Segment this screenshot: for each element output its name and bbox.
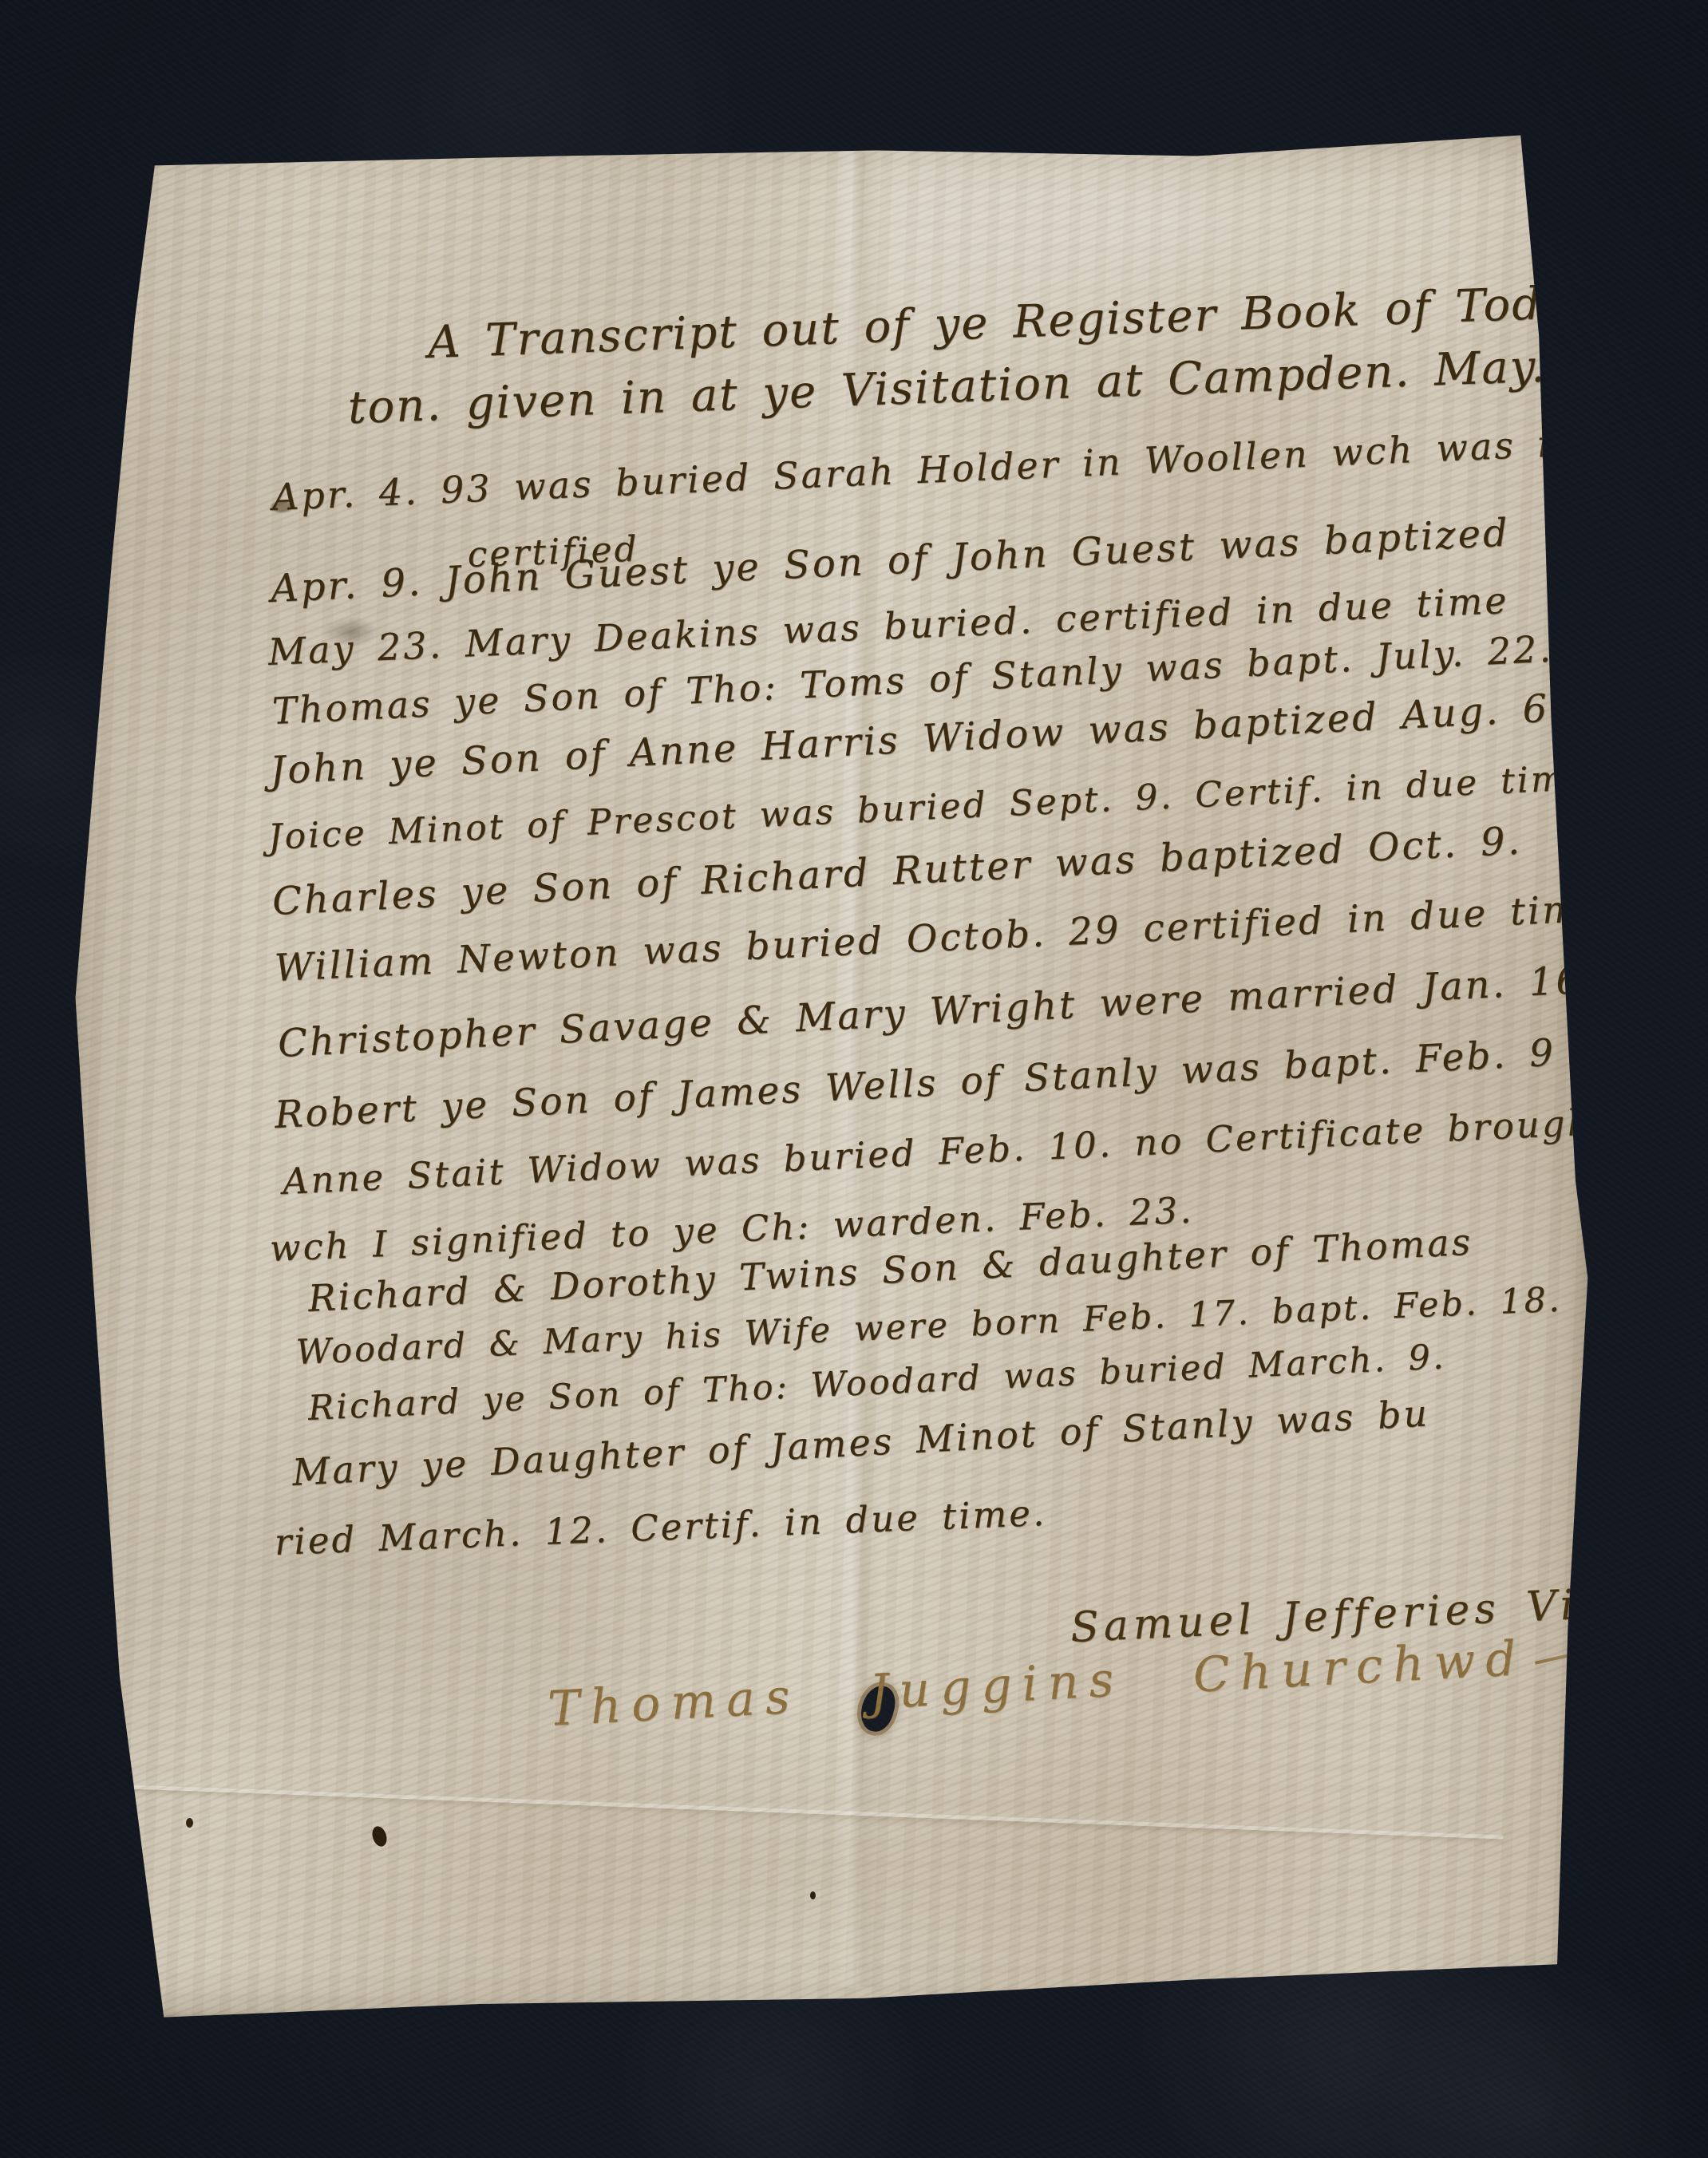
horizontal-fold-crease — [100, 1784, 1504, 1839]
register-entry-line: John ye Son of Anne Harris Widow was bap… — [269, 689, 1564, 790]
register-entry-line: Mary ye Daughter of James Minot of Stanl… — [291, 1394, 1430, 1491]
parchment-sheet: A Transcript out of ye Register Book of … — [68, 128, 1592, 2019]
churchwarden-signature-text: Thomas Juggins Churchwd — [547, 1630, 1528, 1737]
register-entry-line: May 23. Mary Deakins was buried. certifi… — [267, 582, 1509, 670]
register-entry-line: Apr. 9. John Guest ye Son of John Guest … — [270, 513, 1511, 607]
register-entry-line: Charles ye Son of Richard Rutter was bap… — [271, 821, 1523, 921]
ink-smudge — [323, 616, 379, 648]
register-entry-line: Thomas ye Son of Tho: Toms of Stanly was… — [271, 630, 1554, 729]
register-entry-line: Woodard & Mary his Wife were born Feb. 1… — [295, 1283, 1563, 1370]
parchment-hole — [857, 1682, 899, 1735]
gray-smudge — [90, 1906, 138, 1978]
register-entry-line: Apr. 4. 93 was buried Sarah Holder in Wo… — [271, 415, 1708, 516]
ink-spot — [271, 501, 292, 512]
register-entry-line: ried March. 12. Certif. in due time. — [274, 1495, 1047, 1560]
vertical-fold-crease — [834, 152, 882, 1987]
document-title-line-2: ton. given in at ye Visitation at Campde… — [347, 337, 1708, 431]
register-entry-line: Robert ye Son of James Wells of Stanly w… — [274, 1034, 1556, 1134]
register-entry-line: Joice Minot of Prescot was buried Sept. … — [267, 761, 1590, 856]
document-title-line-1: A Transcript out of ye Register Book of … — [427, 279, 1619, 366]
register-entry-line: Richard & Dorothy Twins Son & daughter o… — [307, 1223, 1473, 1317]
ink-spot — [106, 412, 125, 436]
register-entry-line: Richard ye Son of Tho: Woodard was burie… — [307, 1340, 1446, 1426]
register-entry-line: Christopher Savage & Mary Wright were ma… — [277, 961, 1583, 1063]
interlined-word: certified — [467, 532, 639, 572]
ink-spot — [186, 1818, 193, 1828]
register-entry-line: William Newton was buried Octob. 29 cert… — [274, 889, 1619, 987]
signature-flourish — [1535, 1640, 1629, 1665]
vicar-signature: Samuel Jefferies Vic. — [1069, 1582, 1625, 1648]
register-entry-line: Anne Stait Widow was buried Feb. 10. no … — [282, 1103, 1624, 1200]
ink-spot — [370, 1824, 389, 1848]
ink-spot — [810, 1891, 816, 1899]
register-entry-line: wch I signified to ye Ch: warden. Feb. 2… — [269, 1192, 1194, 1266]
churchwarden-signature: Thomas Juggins Churchwd — [547, 1629, 1635, 1733]
photo-background: A Transcript out of ye Register Book of … — [0, 0, 1708, 2158]
